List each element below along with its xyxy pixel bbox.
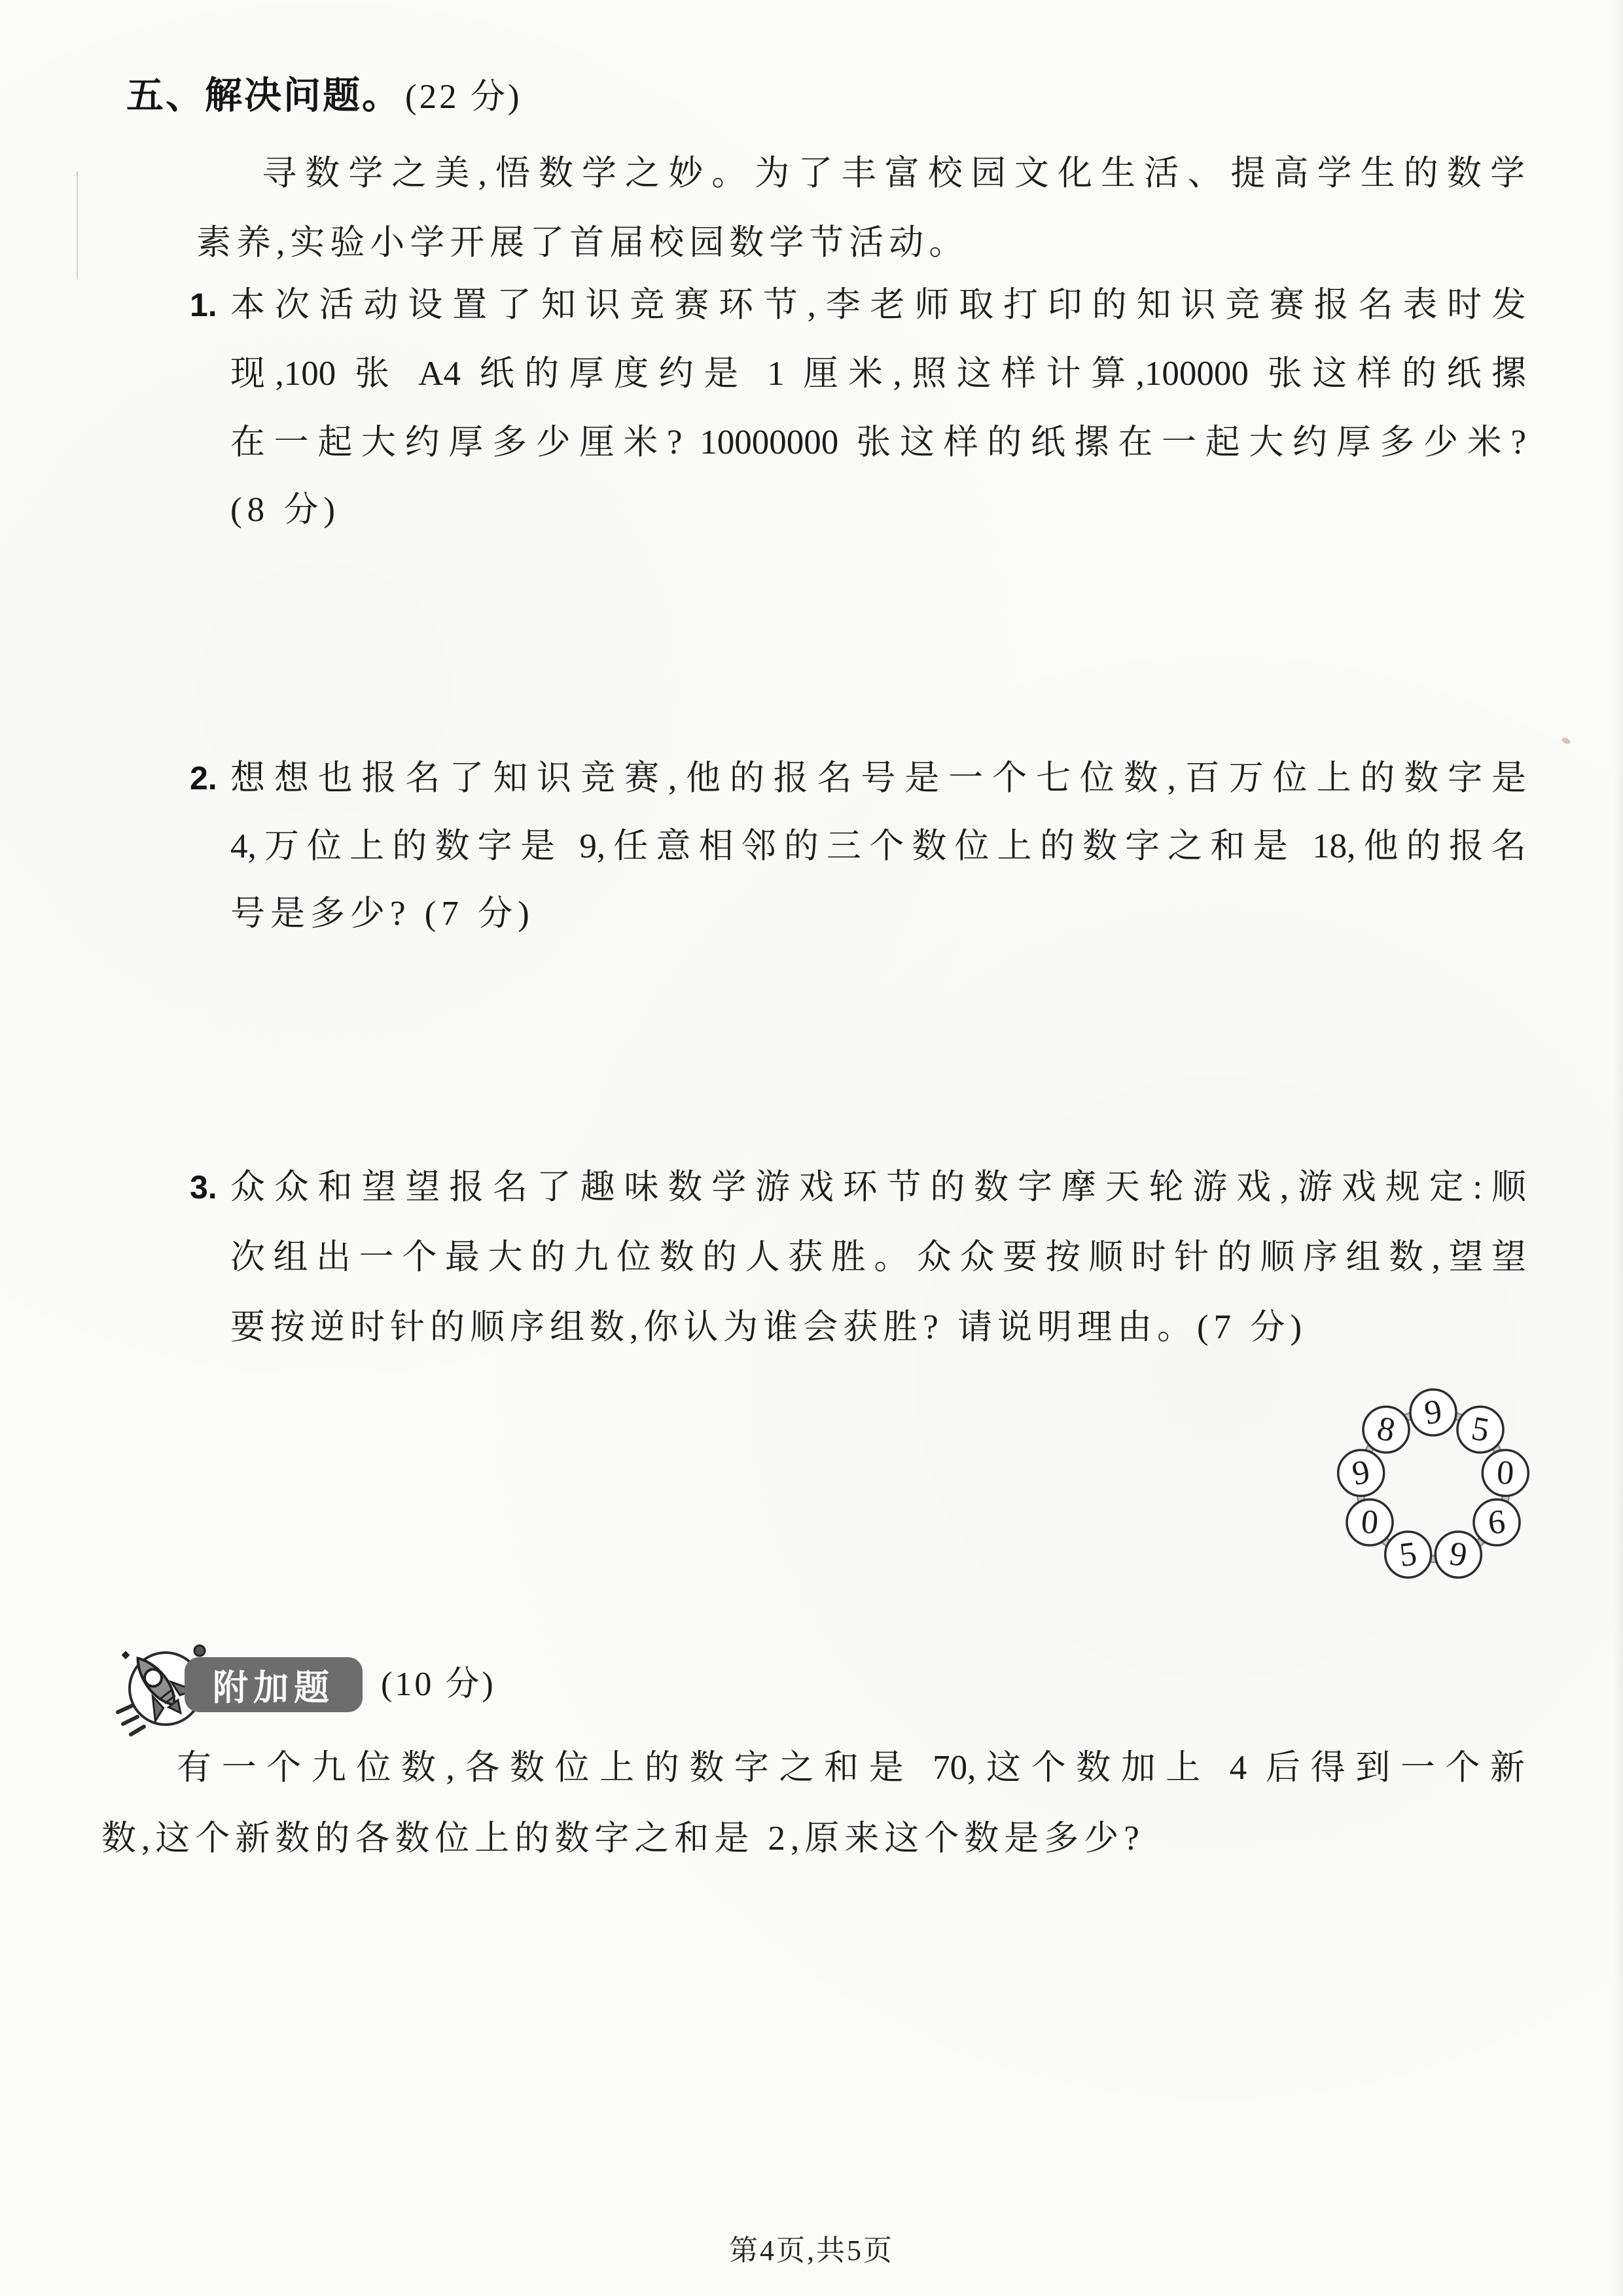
intro-line: 寻数学之美,悟数学之妙。为了丰富校园文化生活、提高学生的数学 <box>262 147 1525 200</box>
worksheet-page: 五、解决问题。(22 分) 寻数学之美,悟数学之妙。为了丰富校园文化生活、提高学… <box>0 0 1623 2296</box>
problem-3-line: 次组出一个最大的九位数的人获胜。众众要按顺时针的顺序组数,望望 <box>230 1230 1526 1284</box>
wheel-node: 9 <box>1410 1390 1456 1435</box>
scan-artifact <box>1614 0 1623 2296</box>
section-title-text: 五、解决问题。 <box>126 75 401 117</box>
wheel-node: 9 <box>1338 1450 1384 1496</box>
problem-3-number: 3. <box>190 1160 217 1214</box>
wheel-node: 9 <box>1435 1532 1481 1577</box>
intro-line: 素养,实验小学开展了首届校园数学节活动。 <box>196 216 969 270</box>
wheel-node: 8 <box>1363 1407 1409 1452</box>
problem-1-line: 本次活动设置了知识竞赛环节,李老师取打印的知识竞赛报名表时发 <box>230 278 1526 332</box>
bonus-line: 数,这个新数的各数位上的数字之和是 2,原来这个数是多少? <box>101 1812 1145 1865</box>
wheel-digit: 0 <box>1360 1503 1380 1541</box>
problem-2-line: 想想也报名了知识竞赛,他的报名号是一个七位数,百万位上的数字是 <box>230 751 1526 805</box>
problem-2-line: 号是多少? (7 分) <box>230 887 535 941</box>
section-title-points: (22 分) <box>401 78 522 116</box>
problem-1-points: (8 分) <box>230 483 340 537</box>
ferris-wheel-diagram: 950695098 <box>1334 1386 1533 1585</box>
bonus-badge-label: 附加题 <box>213 1660 334 1710</box>
scan-artifact <box>77 171 78 279</box>
ferris-wheel-svg: 950695098 <box>1334 1386 1533 1585</box>
wheel-node: 5 <box>1457 1407 1503 1452</box>
problem-1-line: 在一起大约厚多少厘米? 10000000 张这样的纸摞在一起大约厚多少米? <box>230 416 1526 469</box>
bonus-points: (10 分) <box>381 1657 496 1712</box>
page-footer: 第4页,共5页 <box>0 2227 1623 2269</box>
section-title: 五、解决问题。(22 分) <box>126 68 522 133</box>
bonus-badge: 附加题 <box>185 1657 363 1712</box>
problem-1-line: 现,100 张 A4 纸的厚度约是 1 厘米,照这样计算,100000 张这样的… <box>230 347 1526 401</box>
bonus-line: 有一个九位数,各数位上的数字之和是 70,这个数加上 4 后得到一个新 <box>177 1741 1525 1795</box>
wheel-digit: 6 <box>1487 1503 1507 1541</box>
wheel-digit: 0 <box>1495 1454 1515 1492</box>
problem-3-line: 要按逆时针的顺序组数,你认为谁会获胜? 请说明理由。(7 分) <box>230 1300 1307 1354</box>
problem-2-line: 4,万位上的数字是 9,任意相邻的三个数位上的数字之和是 18,他的报名 <box>230 819 1526 873</box>
wheel-node: 6 <box>1474 1499 1520 1545</box>
scan-artifact <box>1561 736 1571 745</box>
wheel-node: 0 <box>1347 1499 1393 1545</box>
wheel-node: 5 <box>1385 1532 1431 1577</box>
problem-3-line: 众众和望望报名了趣味数学游戏环节的数字摩天轮游戏,游戏规定:顺 <box>230 1160 1526 1214</box>
wheel-node: 0 <box>1482 1450 1528 1496</box>
problem-1-number: 1. <box>190 278 217 332</box>
problem-2-number: 2. <box>190 751 217 805</box>
